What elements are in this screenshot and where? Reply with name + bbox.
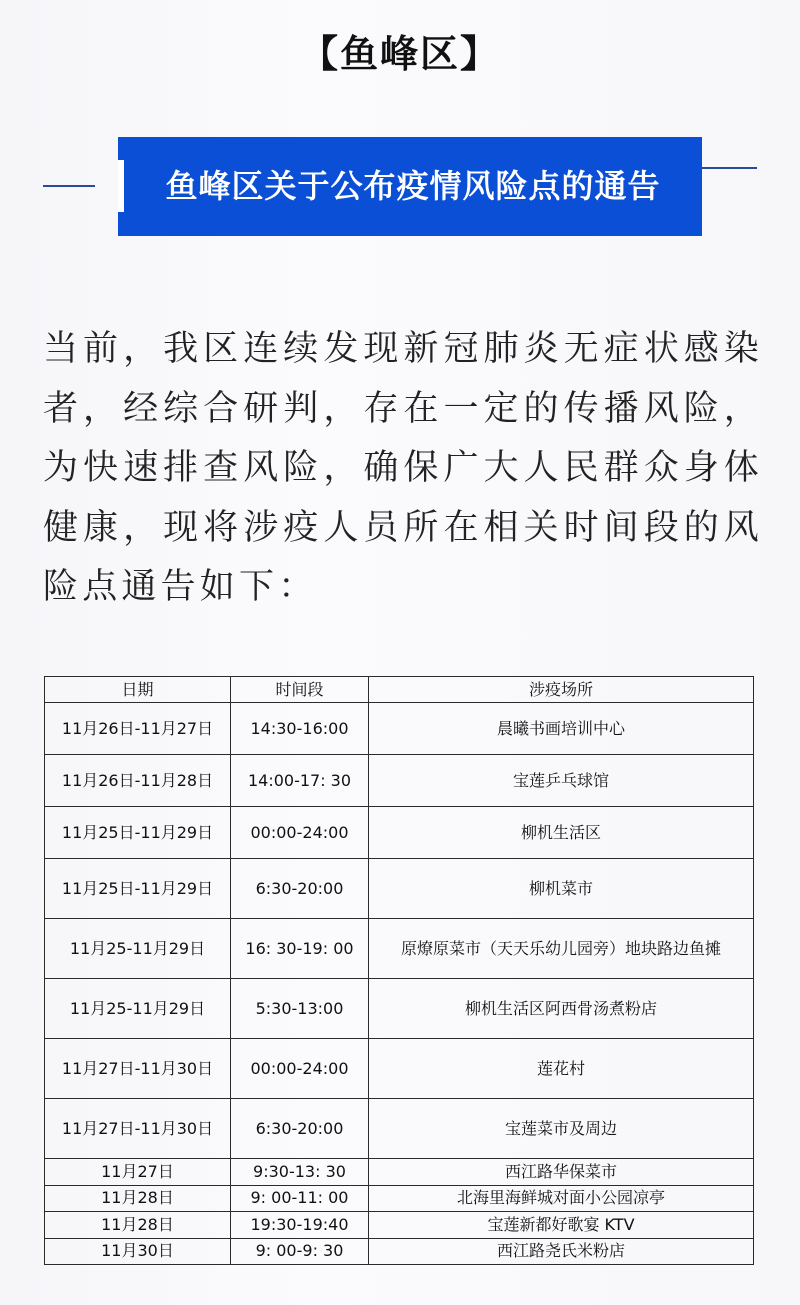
cell-time: 9: 00-9: 30 <box>231 1238 369 1265</box>
cell-date: 11月28日 <box>45 1212 231 1239</box>
cell-place: 柳机生活区阿西骨汤煮粉店 <box>369 979 754 1039</box>
intro-paragraph: 当前，我区连续发现新冠肺炎无症状感染者，经综合研判，存在一定的传播风险，为快速排… <box>43 320 763 618</box>
cell-date: 11月25-11月29日 <box>45 979 231 1039</box>
table-row: 11月25日-11月29日 6:30-20:00 柳机菜市 <box>45 859 754 919</box>
cell-date: 11月26日-11月28日 <box>45 755 231 807</box>
cell-place: 柳机菜市 <box>369 859 754 919</box>
cell-time: 16: 30-19: 00 <box>231 919 369 979</box>
cell-date: 11月26日-11月27日 <box>45 703 231 755</box>
cell-time: 6:30-20:00 <box>231 1099 369 1159</box>
cell-date: 11月25日-11月29日 <box>45 807 231 859</box>
cell-time: 00:00-24:00 <box>231 807 369 859</box>
header-date: 日期 <box>45 677 231 703</box>
table-row: 11月25-11月29日 5:30-13:00 柳机生活区阿西骨汤煮粉店 <box>45 979 754 1039</box>
table-row: 11月27日-11月30日 00:00-24:00 莲花村 <box>45 1039 754 1099</box>
cell-place: 莲花村 <box>369 1039 754 1099</box>
cell-place: 宝莲菜市及周边 <box>369 1099 754 1159</box>
table-row: 11月27日-11月30日 6:30-20:00 宝莲菜市及周边 <box>45 1099 754 1159</box>
cell-date: 11月30日 <box>45 1238 231 1265</box>
district-title: 【鱼峰区】 <box>0 26 800 82</box>
table-row: 11月26日-11月27日 14:30-16:00 晨曦书画培训中心 <box>45 703 754 755</box>
cell-date: 11月27日-11月30日 <box>45 1099 231 1159</box>
cell-time: 9: 00-11: 00 <box>231 1185 369 1212</box>
cell-time: 14:30-16:00 <box>231 703 369 755</box>
cell-place: 晨曦书画培训中心 <box>369 703 754 755</box>
cell-date: 11月28日 <box>45 1185 231 1212</box>
table-header-row: 日期 时间段 涉疫场所 <box>45 677 754 703</box>
table-row: 11月25日-11月29日 00:00-24:00 柳机生活区 <box>45 807 754 859</box>
cell-place: 柳机生活区 <box>369 807 754 859</box>
cell-time: 5:30-13:00 <box>231 979 369 1039</box>
header-place: 涉疫场所 <box>369 677 754 703</box>
cell-time: 9:30-13: 30 <box>231 1159 369 1186</box>
cell-place: 西江路尧氏米粉店 <box>369 1238 754 1265</box>
table-row: 11月28日 19:30-19:40 宝莲新都好歌宴 KTV <box>45 1212 754 1239</box>
cell-time: 6:30-20:00 <box>231 859 369 919</box>
header-time: 时间段 <box>231 677 369 703</box>
cell-time: 19:30-19:40 <box>231 1212 369 1239</box>
cell-place: 宝莲新都好歌宴 KTV <box>369 1212 754 1239</box>
table-row: 11月27日 9:30-13: 30 西江路华保菜市 <box>45 1159 754 1186</box>
cell-date: 11月25-11月29日 <box>45 919 231 979</box>
cell-place: 西江路华保菜市 <box>369 1159 754 1186</box>
cell-date: 11月25日-11月29日 <box>45 859 231 919</box>
cell-time: 00:00-24:00 <box>231 1039 369 1099</box>
risk-points-table: 日期 时间段 涉疫场所 11月26日-11月27日 14:30-16:00 晨曦… <box>44 676 754 1265</box>
cell-place: 北海里海鲜城对面小公园凉亭 <box>369 1185 754 1212</box>
cell-time: 14:00-17: 30 <box>231 755 369 807</box>
cell-date: 11月27日-11月30日 <box>45 1039 231 1099</box>
table-row: 11月25-11月29日 16: 30-19: 00 原燎原菜市（天天乐幼儿园旁… <box>45 919 754 979</box>
table-row: 11月30日 9: 00-9: 30 西江路尧氏米粉店 <box>45 1238 754 1265</box>
table-row: 11月26日-11月28日 14:00-17: 30 宝莲乒乓球馆 <box>45 755 754 807</box>
decorative-line-right <box>702 167 757 169</box>
table-row: 11月28日 9: 00-11: 00 北海里海鲜城对面小公园凉亭 <box>45 1185 754 1212</box>
decorative-line-left <box>43 185 95 187</box>
cell-place: 宝莲乒乓球馆 <box>369 755 754 807</box>
cell-date: 11月27日 <box>45 1159 231 1186</box>
notice-title: 鱼峰区关于公布疫情风险点的通告 <box>124 137 702 236</box>
cell-place: 原燎原菜市（天天乐幼儿园旁）地块路边鱼摊 <box>369 919 754 979</box>
